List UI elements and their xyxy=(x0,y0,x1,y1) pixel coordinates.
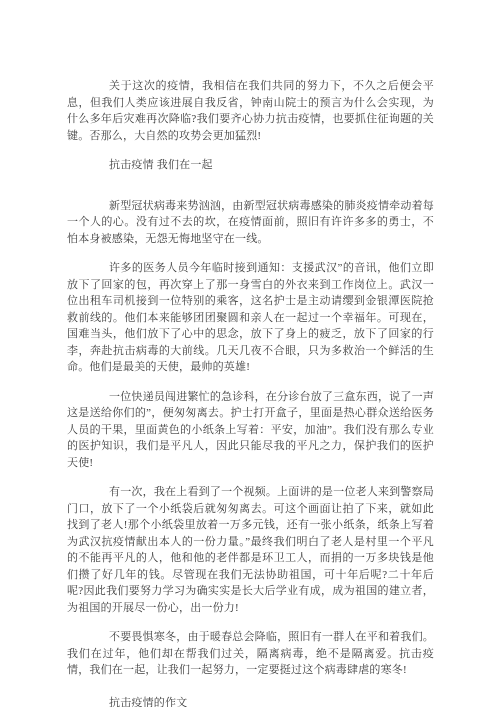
essay-content: 关于这次的疫情，我相信在我们共同的努力下，不久之后便会平息，但我们人类应该进展自… xyxy=(67,78,434,707)
essay-title: 抗击疫情 我们在一起 xyxy=(67,157,434,174)
essay-paragraph-2: 许多的医务人员今年临时接到通知：支援武汉”的音讯，他们立即放下了回家的包，再次穿… xyxy=(67,260,434,376)
document-page: 关于这次的疫情，我相信在我们共同的努力下，不久之后便会平息，但我们人类应该进展自… xyxy=(0,0,500,707)
essay-paragraph-5: 不要畏惧寒冬，由于暖春总会降临，照旧有一群人在平和着我们。我们在过年，他们却在帮… xyxy=(67,629,434,679)
essay-paragraph-1: 新型冠状病毒来势汹汹，由新型冠状病毒感染的肺炎疫情牵动着每一个人的心。没有过不去… xyxy=(67,198,434,248)
essay-paragraph-4: 有一次，我在上看到了一个视频。上面讲的是一位老人来到警察局门口，放下了一个小纸袋… xyxy=(67,484,434,616)
essay-paragraph-3: 一位快递员闯进繁忙的急诊科，在分诊台放了三盒东西，说了一声这是送给你们的”，便匆… xyxy=(67,389,434,472)
essay-paragraph-intro: 关于这次的疫情，我相信在我们共同的努力下，不久之后便会平息，但我们人类应该进展自… xyxy=(67,78,434,144)
essay-footer-label: 抗击疫情的作文 xyxy=(67,695,434,707)
